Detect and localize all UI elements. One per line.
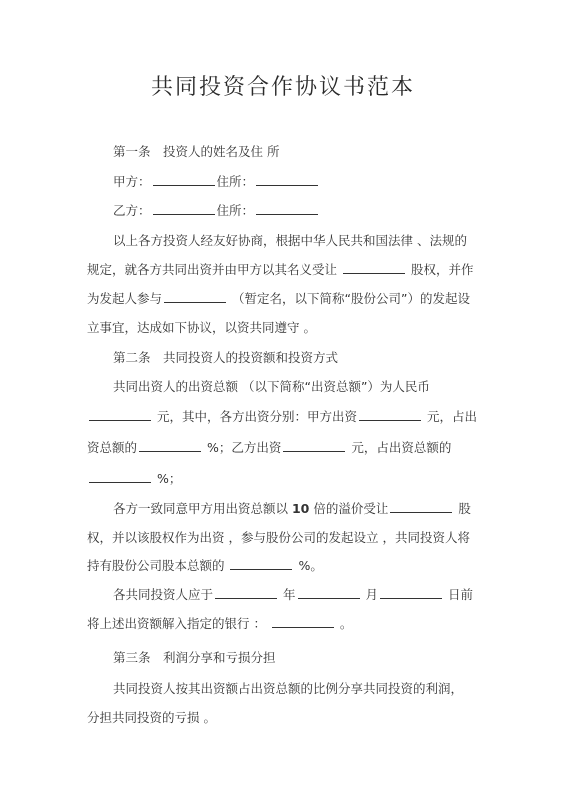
text: 日前 [444, 587, 473, 602]
address-label: 住所： [217, 203, 255, 218]
text: 年 [279, 587, 295, 602]
text: 月 [362, 587, 378, 602]
party-a-percent-blank [139, 439, 201, 452]
party-a-address-blank [256, 173, 318, 186]
paragraph-line: 各共同投资人应于 年 月 日前 [113, 586, 473, 604]
paragraph-line: 共同出资人的出资总额 （以下简称“出资总额”）为人民币 [113, 378, 430, 396]
paragraph-line: 持有股份公司股本总额的 %。 [87, 557, 323, 575]
text: 元，占出 [423, 409, 477, 424]
transfer-equity-blank [390, 500, 452, 513]
paragraph-line: 资总额的 %；乙方出资 元，占出资总额的 [87, 439, 451, 457]
text: 资总额的 [87, 440, 137, 455]
party-b-line: 乙方：住所： [113, 202, 320, 220]
year-blank [215, 586, 277, 599]
party-b-percent-blank [89, 470, 151, 483]
text: 将上述出资额解入指定的银行 ： [87, 616, 270, 631]
party-b-amount-blank [283, 439, 345, 452]
party-b-name-blank [153, 202, 215, 215]
text: 股 [454, 501, 470, 516]
party-b-label: 乙方： [113, 203, 151, 218]
paragraph-line: 以上各方投资人经友好协商，根据中华人民共和国法律 、法规的 [113, 232, 467, 250]
paragraph-line: 各方一致同意甲方用出资总额以 10 倍的溢价受让 股 [113, 500, 471, 518]
equity-blank [343, 261, 405, 274]
text: （暂定名，以下简称“股份公司”）的发起设 [228, 291, 470, 306]
party-a-amount-blank [359, 408, 421, 421]
text: 元，占出资总额的 [347, 440, 451, 455]
article2-heading: 第二条 共同投资人的投资额和投资方式 [113, 349, 338, 367]
share-percent-blank [230, 557, 292, 570]
company-name-blank [164, 290, 226, 303]
text: 倍的溢价受让 [309, 501, 388, 516]
party-a-name-blank [153, 173, 215, 186]
text: %；乙方出资 [203, 440, 281, 455]
paragraph-line: 分担共同投资的亏损 。 [87, 709, 216, 727]
paragraph-line: 将上述出资额解入指定的银行 ： 。 [87, 615, 352, 633]
document-title: 共同投资合作协议书范本 [0, 70, 566, 101]
text: 规定，就各方共同出资并由甲方以其名义受让 [87, 262, 341, 277]
article1-heading: 第一条 投资人的姓名及住 所 [113, 143, 279, 161]
address-label: 住所： [217, 174, 255, 189]
article3-heading: 第三条 利润分享和亏损分担 [113, 649, 276, 667]
paragraph-line: 权，并以该股权作为出资 ，参与股份公司的发起设立 ，共同投资人将 [87, 529, 470, 547]
paragraph-line: 规定，就各方共同出资并由甲方以其名义受让 股权，并作 [87, 261, 473, 279]
text: 各方一致同意甲方用出资总额以 [113, 501, 292, 516]
party-a-line: 甲方：住所： [113, 173, 320, 191]
day-blank [380, 586, 442, 599]
party-b-address-blank [256, 202, 318, 215]
text: 。 [336, 616, 352, 631]
total-amount-blank [89, 408, 151, 421]
party-a-label: 甲方： [113, 174, 151, 189]
bank-blank [272, 615, 334, 628]
text: %。 [294, 558, 322, 573]
paragraph-line: 立事宜，达成如下协议，以资共同遵守 。 [87, 319, 316, 337]
text: 持有股份公司股本总额的 [87, 558, 228, 573]
text: %； [153, 471, 181, 486]
paragraph-line: %； [87, 470, 181, 488]
paragraph-line: 共同投资人按其出资额占出资总额的比例分享共同投资的利润， [113, 680, 463, 698]
paragraph-line: 为发起人参与 （暂定名，以下简称“股份公司”）的发起设 [87, 290, 470, 308]
premium-multiple: 10 [292, 501, 309, 516]
text: 各共同投资人应于 [113, 587, 213, 602]
text: 为发起人参与 [87, 291, 162, 306]
paragraph-line: 元，其中，各方出资分别：甲方出资 元，占出 [87, 408, 477, 426]
text: 股权，并作 [407, 262, 473, 277]
text: 元，其中，各方出资分别：甲方出资 [153, 409, 357, 424]
month-blank [298, 586, 360, 599]
